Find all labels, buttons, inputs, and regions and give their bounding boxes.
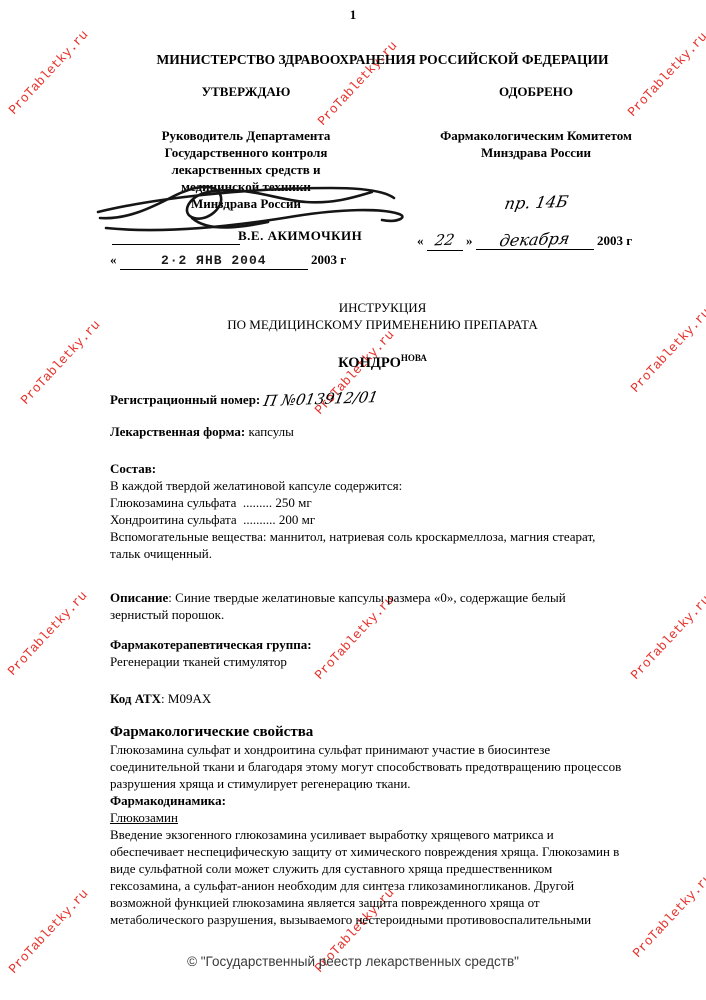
atc-code-row: Код АТХ: М09АХ xyxy=(110,690,655,707)
description-section: Описание: Синие твердые желатиновые капс… xyxy=(110,572,655,623)
month-line: декабря xyxy=(476,231,594,250)
ministry-title: МИНИСТЕРСТВО ЗДРАВООХРАНЕНИЯ РОССИЙСКОЙ … xyxy=(110,51,655,68)
year-right: 2003 г xyxy=(597,233,632,248)
approver-title-left: Руководитель Департамента Государственно… xyxy=(110,127,382,212)
approved-label: ОДОБРЕНО xyxy=(417,83,655,100)
composition-section: Состав: В каждой твердой желатиновой кап… xyxy=(110,460,655,562)
pharm-group-section: Фармакотерапевтическая группа: Регенерац… xyxy=(110,636,655,670)
atc-value: : М09АХ xyxy=(161,691,211,706)
protocol-number-handwritten: пр. 14Б xyxy=(417,194,655,212)
approval-date-left: « 2·2 ЯНВ 2004 2003 г xyxy=(110,251,382,270)
drug-name: КОНДРОНОВА xyxy=(110,350,655,372)
pharmacology-paragraph-1: Глюкозамина сульфат и хондроитина сульфа… xyxy=(110,741,655,792)
glucosamine-subheading: Глюкозамин xyxy=(110,809,655,826)
year-left: 2003 г xyxy=(311,252,346,267)
atc-label: Код АТХ xyxy=(110,691,161,706)
signer-name: В.Е. АКИМОЧКИН xyxy=(238,227,362,244)
registration-number-label: Регистрационный номер: xyxy=(110,392,260,407)
pharmacology-paragraph-2: Введение экзогенного глюкозамина усилива… xyxy=(110,826,655,928)
pharm-group-heading: Фармакотерапевтическая группа: xyxy=(110,636,655,653)
open-quote: « xyxy=(110,252,117,267)
drug-name-superscript: НОВА xyxy=(401,353,427,363)
document-body: МИНИСТЕРСТВО ЗДРАВООХРАНЕНИЯ РОССИЙСКОЙ … xyxy=(110,23,655,928)
composition-heading: Состав: xyxy=(110,460,655,477)
date-stamp-line: 2·2 ЯНВ 2004 xyxy=(120,251,308,270)
description-label: Описание xyxy=(110,590,168,605)
day-line: 22 xyxy=(427,232,463,251)
day-handwritten: 22 xyxy=(434,232,456,250)
watermark: ProTabletky.ru xyxy=(5,27,92,118)
open-quote: « xyxy=(417,233,424,248)
pharmacology-heading: Фармакологические свойства xyxy=(110,724,655,741)
registration-number-row: Регистрационный номер:П №013912/01 xyxy=(110,391,655,408)
dosage-form-row: Лекарственная форма: капсулы xyxy=(110,423,655,440)
pharmacodynamics-heading: Фармакодинамика: xyxy=(110,792,655,809)
watermark: ProTabletky.ru xyxy=(4,588,91,679)
registration-number-handwritten: П №013912/01 xyxy=(262,389,379,410)
approver-title-right: Фармакологическим Комитетом Минздрава Ро… xyxy=(417,127,655,161)
pharm-group-value: Регенерации тканей стимулятор xyxy=(110,653,655,670)
approval-left-column: УТВЕРЖДАЮ Руководитель Департамента Госу… xyxy=(110,83,382,270)
dosage-form-label: Лекарственная форма: xyxy=(110,424,245,439)
date-stamp: 2·2 ЯНВ 2004 xyxy=(161,253,267,268)
signature-block: В.Е. АКИМОЧКИН xyxy=(110,208,382,244)
approval-right-column: ОДОБРЕНО Фармакологическим Комитетом Мин… xyxy=(417,83,655,270)
signature-line xyxy=(112,244,240,245)
dosage-form-value: капсулы xyxy=(245,424,294,439)
document-page: ProTabletky.ru ProTabletky.ru ProTabletk… xyxy=(0,0,706,1000)
copyright-footer: © "Государственный реестр лекарственных … xyxy=(0,953,706,970)
close-quote: » xyxy=(466,233,473,248)
approval-date-right: « 22 » декабря 2003 г xyxy=(417,231,655,251)
approve-label: УТВЕРЖДАЮ xyxy=(110,83,382,100)
composition-lines: В каждой твердой желатиновой капсуле сод… xyxy=(110,477,655,562)
month-handwritten: декабря xyxy=(498,230,571,249)
watermark: ProTabletky.ru xyxy=(17,317,104,408)
page-number: 1 xyxy=(0,6,706,23)
description-text: : Синие твердые желатиновые капсулы разм… xyxy=(110,590,566,622)
instruction-heading: ИНСТРУКЦИЯ ПО МЕДИЦИНСКОМУ ПРИМЕНЕНИЮ ПР… xyxy=(110,299,655,333)
approvals-row: УТВЕРЖДАЮ Руководитель Департамента Госу… xyxy=(110,83,655,270)
